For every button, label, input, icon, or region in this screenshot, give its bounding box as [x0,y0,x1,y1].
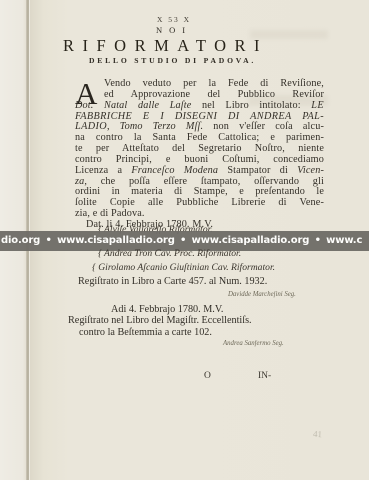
signature-line: { Andrea Tron Cav. Proc. Riformator. [98,248,241,259]
gathering-signature-mark: O [204,371,211,381]
registration-line: Regiſtrato nel Libro del Magiſtr. Eccell… [68,315,252,326]
secretary-signature: Andrea Sanfermo Seg. [223,340,284,347]
registration-continuation: contro la Beſtemmia a carte 102. [79,327,212,338]
body-text-segment: Vendo veduto per la Fede di Reviſione, [104,78,324,89]
registration-line: Regiſtrato in Libro a Carte 457. al Num.… [78,276,267,287]
body-text-segment: Dot. Natal dalle Laſte [75,100,191,111]
body-text-segment: , [107,121,120,132]
body-text-segment: Stampator di [218,165,297,176]
date-line: Adi 4. Febbrajo 1780. M.V. [111,304,223,315]
body-text-segment: Tomo Terzo Mſſ. [120,121,203,132]
body-text-segment: , che poſſa eſſere ſtampato, oſſervando … [84,176,324,187]
body-text-segment: nel Libro intitolato: [191,100,311,111]
body-text-segment: non v'eſſer coſa alcu- [203,121,324,132]
heading-noi: NOI [156,25,192,35]
body-text-segment: FABBRICHE E I DISEGNI DI ANDREA PAL- [75,111,324,122]
body-text-segment: za [75,176,84,187]
body-paragraph: Vendo veduto per la Fede di Reviſione,ed… [75,79,324,231]
page-subtitle: DELLO STUDIO DI PADOVA. [89,56,256,65]
secretary-signature: Davidde Marcheſini Seg. [228,291,296,298]
folio-number: X 53 X [157,15,191,24]
body-text-segment: te per Atteſtato del Segretario Noſtro, … [75,143,324,154]
body-text-segment: na contro la Santa Fede Cattolica; e par… [75,132,324,143]
body-text-segment: LE [311,100,324,111]
body-text-segment: ordini in materia di Stampe, e preſentan… [75,186,324,197]
page-title: RIFORMATORI [63,36,268,56]
body-text-segment: zia, e di Padova. [75,208,145,219]
scanned-book-page: X 53 X NOI RIFORMATORI DELLO STUDIO DI P… [0,0,369,480]
body-text-segment: ed Approvazione del Pubblico Reviſor [104,89,324,100]
signature-line: { Girolamo Aſcanio Giuſtinian Cav. Rifor… [92,262,275,273]
body-text-segment: LADIO [75,121,107,132]
body-text-segment: Franceſco Modena [131,165,218,176]
body-text-segment: Vicen- [297,165,324,176]
body-text-segment: ſolite Copie alle Pubbliche Librerie di … [75,197,324,208]
body-text-segment: contro Principi, e buoni Coſtumi, conced… [75,154,324,165]
body-text-segment: Licenza a [75,165,131,176]
catchword: IN- [258,371,271,381]
pencil-mark: 41 [313,429,323,439]
